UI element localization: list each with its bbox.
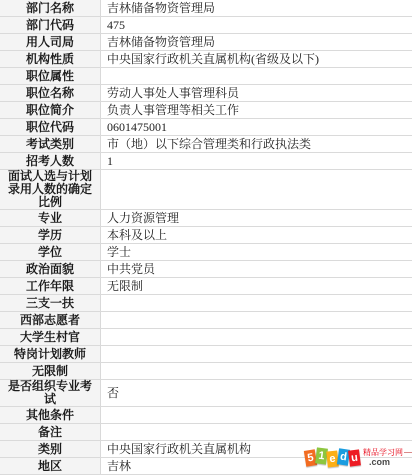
table-row: 考试类别 市（地）以下综合管理类和行政执法类 bbox=[0, 136, 412, 153]
row-value: 负责人事管理等相关工作 bbox=[101, 102, 412, 118]
row-value: 中央国家行政机关直属机构 bbox=[101, 441, 412, 457]
row-value: 中央国家行政机关直属机构(省级及以下) bbox=[101, 51, 412, 67]
row-value bbox=[101, 329, 412, 345]
table-row: 三支一扶 bbox=[0, 295, 412, 312]
row-value: 中共党员 bbox=[101, 261, 412, 277]
row-value: 吉林储备物资管理局 bbox=[101, 0, 412, 16]
table-row: 特岗计划教师 bbox=[0, 346, 412, 363]
table-row: 专业 人力资源管理 bbox=[0, 210, 412, 227]
row-value bbox=[101, 363, 412, 379]
row-label: 备注 bbox=[0, 424, 101, 440]
table-row: 是否组织专业考试 否 bbox=[0, 380, 412, 407]
row-label: 考试类别 bbox=[0, 136, 101, 152]
job-posting-page: 部门名称 吉林储备物资管理局 部门代码 475 用人司局 吉林储备物资管理局 机… bbox=[0, 0, 412, 475]
row-value bbox=[101, 424, 412, 440]
row-label: 职位属性 bbox=[0, 68, 101, 84]
row-label: 无限制 bbox=[0, 363, 101, 379]
row-value: 吉林 bbox=[101, 458, 412, 474]
table-row: 部门名称 吉林储备物资管理局 bbox=[0, 0, 412, 17]
row-label: 机构性质 bbox=[0, 51, 101, 67]
row-label: 部门代码 bbox=[0, 17, 101, 33]
row-label: 政治面貌 bbox=[0, 261, 101, 277]
row-label: 招考人数 bbox=[0, 153, 101, 169]
row-label: 西部志愿者 bbox=[0, 312, 101, 328]
row-value: 475 bbox=[101, 17, 412, 33]
table-row: 招考人数 1 bbox=[0, 153, 412, 170]
row-value: 吉林储备物资管理局 bbox=[101, 34, 412, 50]
table-row: 职位属性 bbox=[0, 68, 412, 85]
table-row: 其他条件 bbox=[0, 407, 412, 424]
row-value: 学士 bbox=[101, 244, 412, 260]
table-row: 备注 bbox=[0, 424, 412, 441]
row-label: 是否组织专业考试 bbox=[0, 380, 101, 406]
table-row: 职位名称 劳动人事处人事管理科员 bbox=[0, 85, 412, 102]
row-label: 三支一扶 bbox=[0, 295, 101, 311]
table-row: 职位代码 0601475001 bbox=[0, 119, 412, 136]
row-label: 特岗计划教师 bbox=[0, 346, 101, 362]
row-value: 1 bbox=[101, 153, 412, 169]
row-value bbox=[101, 312, 412, 328]
row-value bbox=[101, 295, 412, 311]
table-row: 工作年限 无限制 bbox=[0, 278, 412, 295]
row-label: 职位名称 bbox=[0, 85, 101, 101]
table-row: 学位 学士 bbox=[0, 244, 412, 261]
row-value bbox=[101, 407, 412, 423]
table-row: 西部志愿者 bbox=[0, 312, 412, 329]
row-value: 0601475001 bbox=[101, 119, 412, 135]
table-row: 政治面貌 中共党员 bbox=[0, 261, 412, 278]
row-label: 大学生村官 bbox=[0, 329, 101, 345]
row-label: 专业 bbox=[0, 210, 101, 226]
row-value bbox=[101, 346, 412, 362]
table-row: 用人司局 吉林储备物资管理局 bbox=[0, 34, 412, 51]
table-row: 地区 吉林 bbox=[0, 458, 412, 475]
row-label: 面试人选与计划录用人数的确定比例 bbox=[0, 170, 101, 209]
row-value: 无限制 bbox=[101, 278, 412, 294]
row-label: 学位 bbox=[0, 244, 101, 260]
row-label: 职位简介 bbox=[0, 102, 101, 118]
row-label: 用人司局 bbox=[0, 34, 101, 50]
row-value: 本科及以上 bbox=[101, 227, 412, 243]
table-row: 部门代码 475 bbox=[0, 17, 412, 34]
table-row: 面试人选与计划录用人数的确定比例 bbox=[0, 170, 412, 210]
row-label: 学历 bbox=[0, 227, 101, 243]
row-value bbox=[101, 68, 412, 84]
row-label: 职位代码 bbox=[0, 119, 101, 135]
table-row: 职位简介 负责人事管理等相关工作 bbox=[0, 102, 412, 119]
row-label: 其他条件 bbox=[0, 407, 101, 423]
row-value bbox=[101, 170, 412, 209]
row-label: 类别 bbox=[0, 441, 101, 457]
table-row: 类别 中央国家行政机关直属机构 bbox=[0, 441, 412, 458]
row-label: 部门名称 bbox=[0, 0, 101, 16]
row-label: 工作年限 bbox=[0, 278, 101, 294]
job-detail-table: 部门名称 吉林储备物资管理局 部门代码 475 用人司局 吉林储备物资管理局 机… bbox=[0, 0, 412, 475]
row-value: 劳动人事处人事管理科员 bbox=[101, 85, 412, 101]
table-row: 大学生村官 bbox=[0, 329, 412, 346]
row-label: 地区 bbox=[0, 458, 101, 474]
table-row: 无限制 bbox=[0, 363, 412, 380]
table-row: 机构性质 中央国家行政机关直属机构(省级及以下) bbox=[0, 51, 412, 68]
row-value: 人力资源管理 bbox=[101, 210, 412, 226]
row-value: 否 bbox=[101, 380, 412, 406]
row-value: 市（地）以下综合管理类和行政执法类 bbox=[101, 136, 412, 152]
table-row: 学历 本科及以上 bbox=[0, 227, 412, 244]
